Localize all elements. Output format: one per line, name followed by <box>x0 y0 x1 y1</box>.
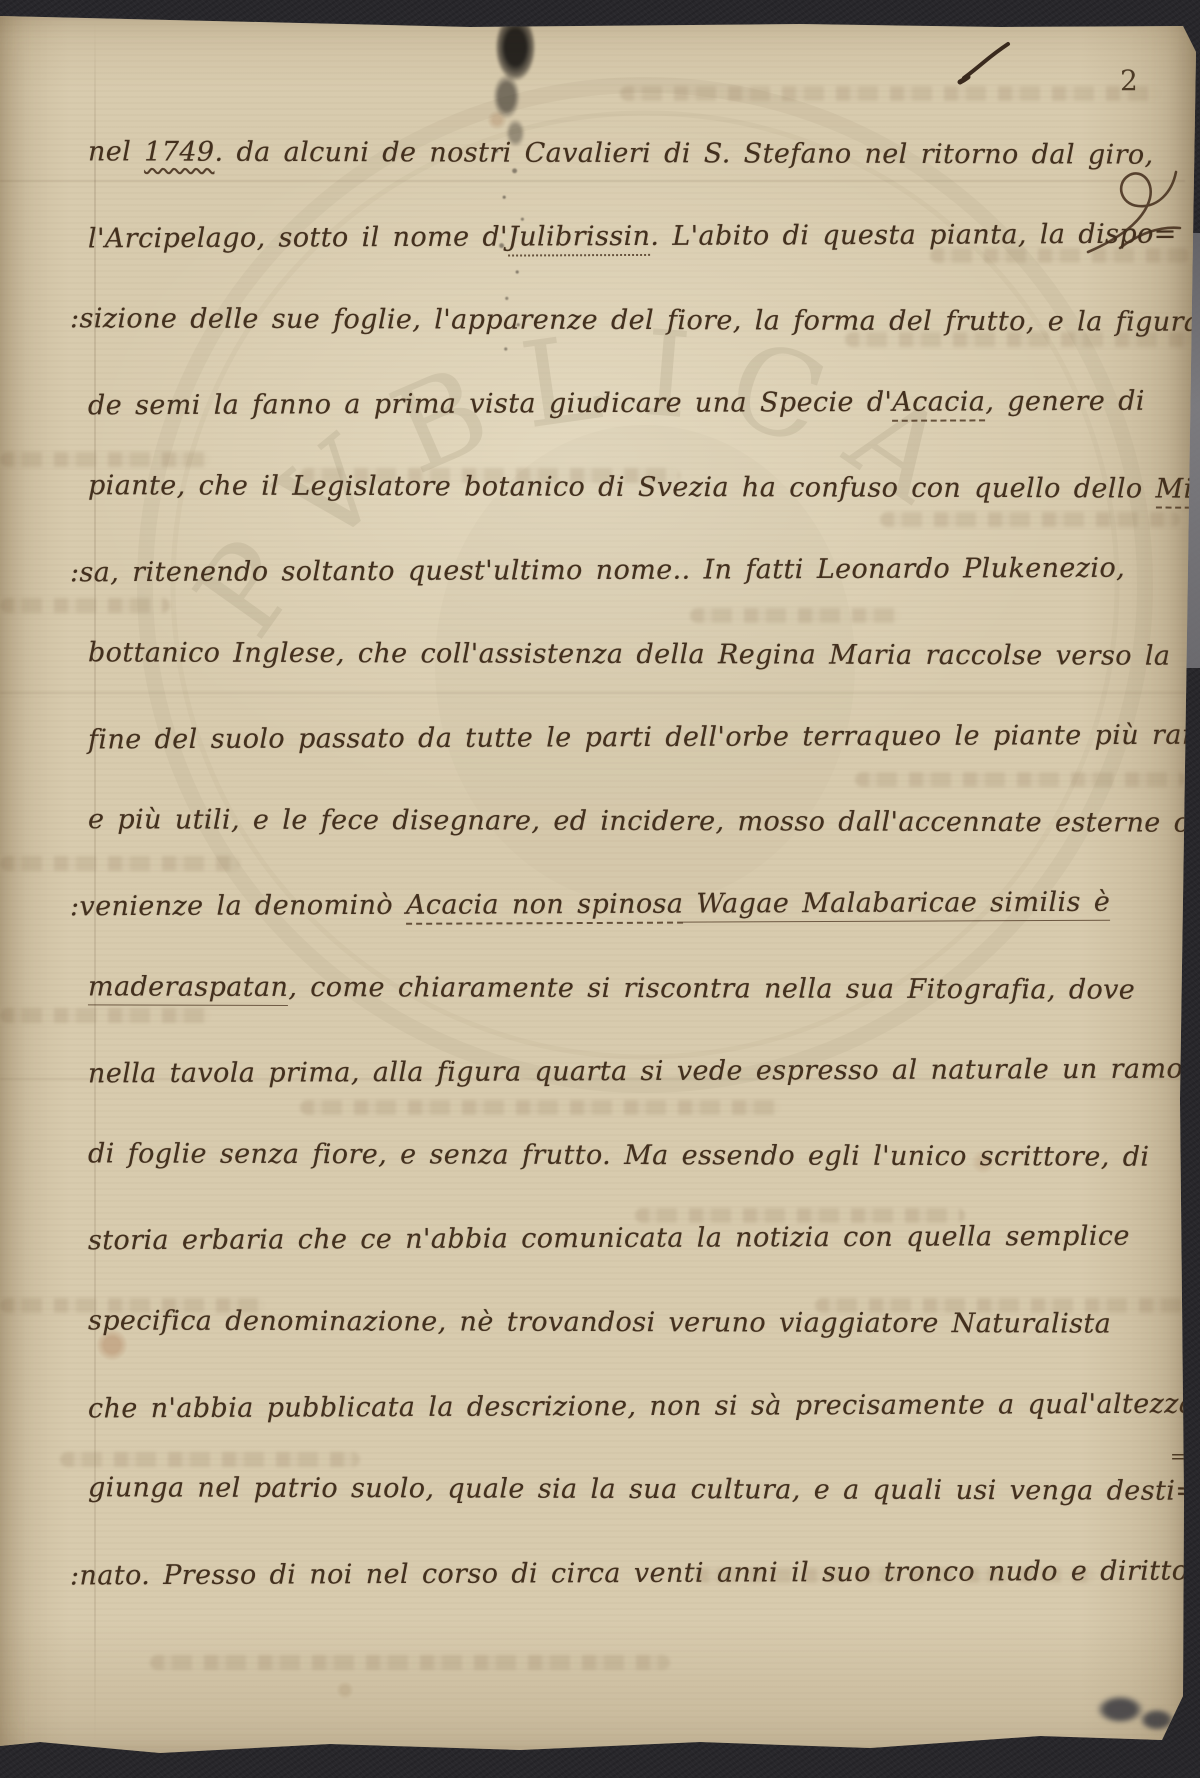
manuscript-line-10: :venienze la denominò Acacia non spinosa… <box>70 887 1110 923</box>
bleedthrough-band <box>300 1100 780 1115</box>
ink-blot <box>478 16 546 146</box>
text-run: specifica denominazione, nè trovandosi v… <box>88 1305 1111 1339</box>
page-number: 2 <box>1120 64 1138 97</box>
bleedthrough-band <box>855 772 1185 787</box>
text-run: . da alcuni de nostri Cavalieri di S. St… <box>214 137 1153 171</box>
bleedthrough-band <box>0 856 240 871</box>
bleedthrough-band <box>620 86 1160 101</box>
text-run: :nato. Presso di noi nel corso di circa … <box>70 1556 1189 1592</box>
manuscript-line-11: maderaspatan, come chiaramente si riscon… <box>88 971 1135 1005</box>
text-run: bottanico Inglese, che coll'assistenza d… <box>88 637 1171 671</box>
manuscript-line-2: l'Arcipelago, sotto il nome d'Julibrissi… <box>88 219 1177 255</box>
text-run: nel <box>88 136 144 167</box>
text-run: nella tavola prima, alla figura quarta s… <box>88 1054 1183 1090</box>
bleedthrough-band <box>150 1655 670 1670</box>
manuscript-line-13: di foglie senza fiore, e senza frutto. M… <box>88 1138 1150 1172</box>
text-run: che n'abbia pubblicata la descrizione, n… <box>88 1389 1195 1425</box>
text-run: fine del suolo passato da tutte le parti… <box>88 720 1200 756</box>
text-run: :sizione delle sue foglie, l'apparenze d… <box>70 303 1200 338</box>
text-run: piante, che il Legislatore botanico di S… <box>88 470 1156 504</box>
text-run: giunga nel patrio suolo, quale sia la su… <box>88 1472 1198 1506</box>
bottom-corner-stain <box>1088 1686 1180 1738</box>
text-run: de semi la fanno a prima vista giudicare… <box>88 387 892 422</box>
manuscript-line-15: specifica denominazione, nè trovandosi v… <box>88 1305 1111 1339</box>
horizontal-crease <box>0 692 1185 694</box>
manuscript-line-14: storia erbaria che ce n'abbia comunicata… <box>88 1221 1130 1257</box>
text-run: . L'abito di questa pianta, la dispo= <box>650 219 1176 252</box>
text-run: :venienze la denominò <box>70 890 406 922</box>
text-run: e più utili, e le fece disegnare, ed inc… <box>88 804 1200 839</box>
text-run: di foglie senza fiore, e senza frutto. M… <box>88 1138 1150 1172</box>
manuscript-line-16: che n'abbia pubblicata la descrizione, n… <box>88 1389 1195 1425</box>
manuscript-line-6: :sa, ritenendo soltanto quest'ultimo nom… <box>70 553 1125 589</box>
bleedthrough-band <box>0 598 170 613</box>
manuscript-line-9: e più utili, e le fece disegnare, ed inc… <box>88 804 1200 839</box>
horizontal-crease <box>0 180 1185 182</box>
text-run: , come chiaramente si riscontra nella su… <box>288 972 1135 1006</box>
bleedthrough-band <box>0 452 210 467</box>
term-julibrissin: Julibrissin <box>508 221 651 257</box>
manuscript-line-8: fine del suolo passato da tutte le parti… <box>88 720 1200 756</box>
manuscript-line-12: nella tavola prima, alla figura quarta s… <box>88 1054 1183 1090</box>
term-maderaspatan: maderaspatan <box>88 971 288 1006</box>
term-1749: 1749 <box>144 137 214 168</box>
manuscript-line-5: piante, che il Legislatore botanico di S… <box>88 470 1200 505</box>
term-wagae-malabaricae: Wagae Malabaricae similis è <box>683 887 1110 923</box>
manuscript-line-18: :nato. Presso di noi nel corso di circa … <box>70 1556 1189 1592</box>
text-run: storia erbaria che ce n'abbia comunicata… <box>88 1221 1130 1257</box>
bleedthrough-band <box>60 1452 360 1467</box>
manuscript-line-1: nel 1749. da alcuni de nostri Cavalieri … <box>88 136 1154 170</box>
manuscript-line-4: de semi la fanno a prima vista giudicare… <box>88 386 1145 422</box>
term-acacia: Acacia <box>892 386 985 421</box>
text-run: :sa, ritenendo soltanto quest'ultimo nom… <box>70 553 1125 589</box>
manuscript-line-7: bottanico Inglese, che coll'assistenza d… <box>88 637 1171 671</box>
manuscript-line-3: :sizione delle sue foglie, l'apparenze d… <box>70 303 1200 338</box>
term-acacia-non-spinosa: Acacia non spinosa <box>406 889 683 925</box>
bleedthrough-band <box>690 608 900 623</box>
text-run: l'Arcipelago, sotto il nome d' <box>88 222 508 255</box>
bleedthrough-band <box>0 1008 210 1023</box>
manuscript-page: PVBLICA 2 nel 1749. da alcuni de nostri … <box>0 0 1200 1778</box>
text-run: , genere di <box>985 386 1145 418</box>
bleedthrough-band <box>880 512 1180 527</box>
manuscript-line-17: giunga nel patrio suolo, quale sia la su… <box>88 1472 1198 1506</box>
